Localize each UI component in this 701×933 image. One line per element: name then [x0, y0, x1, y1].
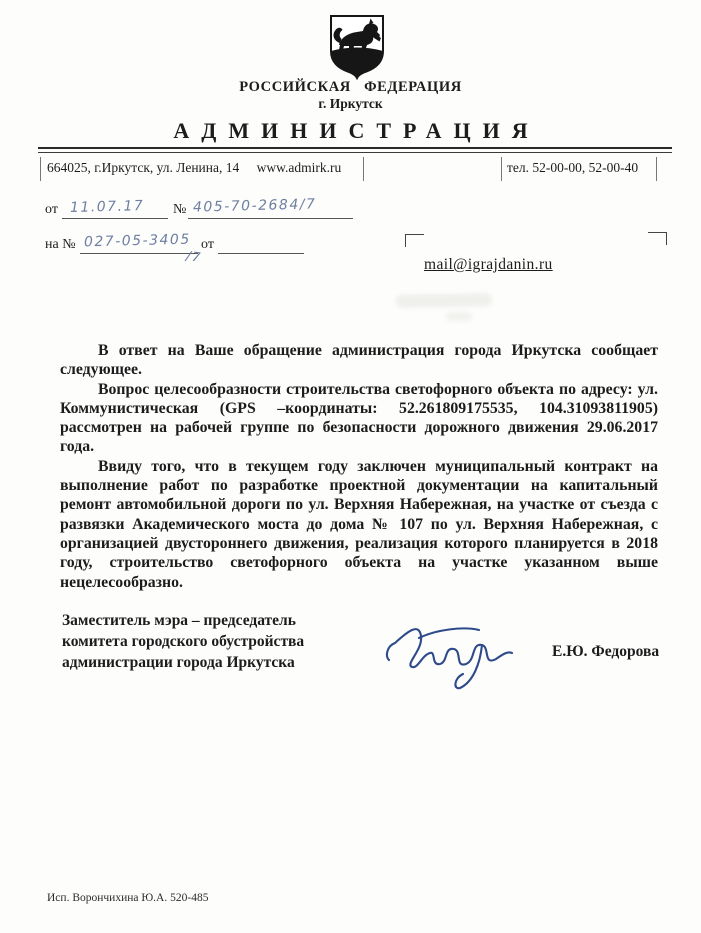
reply-number-handwritten: 027-05-3405: [84, 232, 191, 251]
organization-title: АДМИНИСТРАЦИЯ: [0, 118, 701, 144]
city-title: г. Иркутск: [0, 96, 701, 112]
body-paragraph: В ответ на Ваше обращение администрация …: [60, 341, 658, 380]
header-divider: [38, 147, 672, 153]
letter-body: В ответ на Ваше обращение администрация …: [60, 341, 658, 592]
outgoing-date-handwritten: 11.07.17: [70, 198, 145, 216]
website-text: www.admirk.ru: [257, 160, 342, 175]
postal-address: 664025, г.Иркутск, ул. Ленина, 14 www.ad…: [47, 160, 341, 176]
addressee-corner-bracket-right: [648, 232, 667, 245]
reply-number-label: на №: [45, 237, 76, 253]
divider-bar: [656, 157, 657, 181]
signer-position-line: Заместитель мэра – председатель: [62, 610, 304, 631]
signer-position: Заместитель мэра – председатель комитета…: [62, 610, 304, 673]
signer-position-line: комитета городского обустройства: [62, 631, 304, 652]
country-title: РОССИЙСКАЯ ФЕДЕРАЦИЯ: [0, 79, 701, 96]
scanned-letter-page: РОССИЙСКАЯ ФЕДЕРАЦИЯ г. Иркутск АДМИНИСТ…: [0, 0, 701, 933]
divider-bar: [501, 157, 502, 181]
outgoing-number-handwritten: 405-70-2684/7: [193, 196, 317, 215]
address-text: 664025, г.Иркутск, ул. Ленина, 14: [47, 160, 239, 175]
reply-date-field: [218, 236, 304, 254]
divider-bar: [363, 157, 364, 181]
contact-band: 664025, г.Иркутск, ул. Ленина, 14 www.ad…: [0, 156, 701, 184]
addressee-corner-bracket-left: [405, 234, 424, 247]
scan-smudge: [446, 312, 472, 321]
divider-bar: [40, 157, 41, 181]
body-paragraph: Ввиду того, что в текущем году заключен …: [60, 457, 658, 592]
body-paragraph: Вопрос целесообразности строительства св…: [60, 380, 658, 457]
scan-smudge: [396, 293, 492, 308]
signer-position-line: администрации города Иркутска: [62, 652, 304, 673]
addressee-email: mail@igrajdanin.ru: [424, 256, 553, 274]
reply-date-label: от: [201, 237, 214, 253]
handwritten-signature: [383, 608, 538, 696]
irkutsk-coat-of-arms-icon: [327, 12, 387, 80]
outgoing-number-label: №: [173, 202, 186, 218]
executor-note: Исп. Ворончихина Ю.А. 520-485: [47, 892, 208, 904]
phone-text: тел. 52-00-00, 52-00-40: [507, 160, 638, 176]
reply-number-suffix-handwritten: /7: [185, 249, 203, 266]
signer-name: Е.Ю. Федорова: [552, 643, 659, 661]
outgoing-date-label: от: [45, 202, 58, 218]
